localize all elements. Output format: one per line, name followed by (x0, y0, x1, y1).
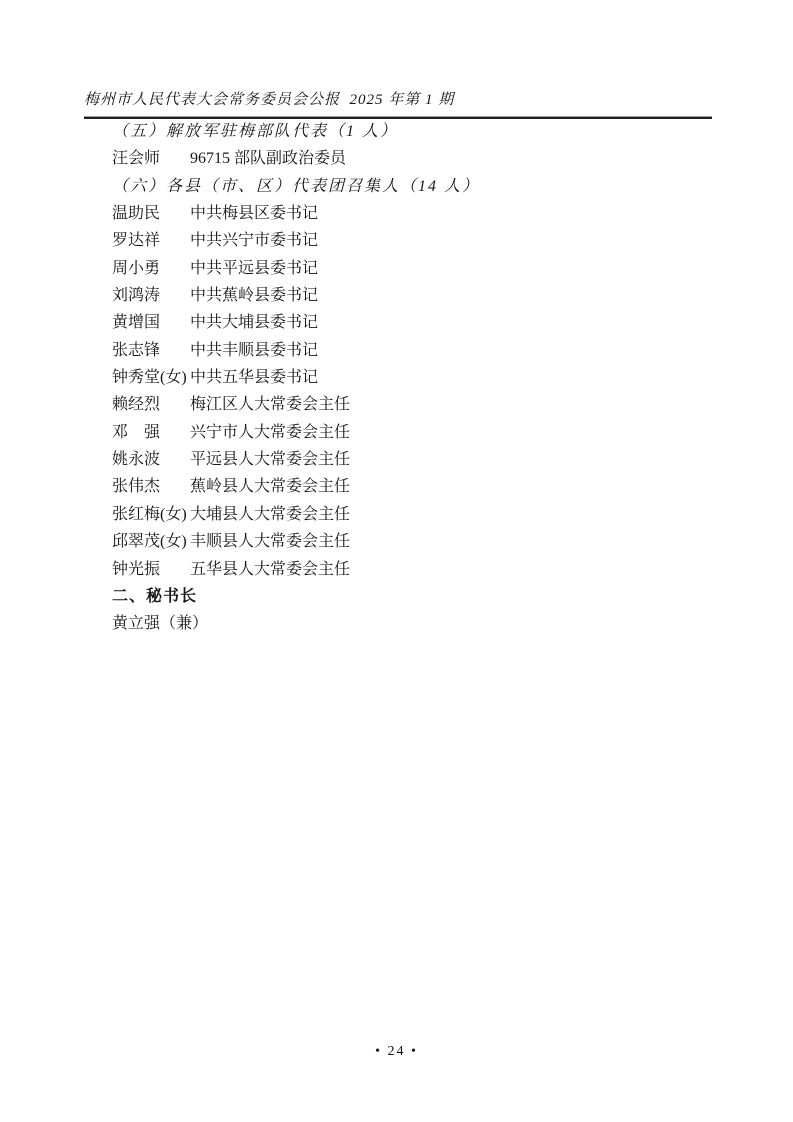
person-name: 周小勇 (112, 255, 190, 282)
page-number: • 24 • (0, 1044, 793, 1060)
person-name: 汪会师 (112, 145, 190, 172)
plain-row: 黄立强（兼） (112, 610, 722, 637)
delegate-row: 黄增国中共大埔县委书记 (112, 309, 722, 336)
person-name: 赖经烈 (112, 391, 190, 418)
delegate-row: 钟光振五华县人大常委会主任 (112, 556, 722, 583)
delegate-row: 张志锋中共丰顺县委书记 (112, 337, 722, 364)
person-title: 大埔县人大常委会主任 (190, 506, 350, 523)
person-title: 平远县人大常委会主任 (190, 451, 350, 468)
delegate-row: 罗达祥中共兴宁市委书记 (112, 227, 722, 254)
delegate-row: 张伟杰蕉岭县人大常委会主任 (112, 473, 722, 500)
page-header-title: 梅州市人民代表大会常务委员会公报 2025 年第 1 期 (84, 88, 712, 109)
person-name: 温助民 (112, 200, 190, 227)
delegate-row: 张红梅(女)大埔县人大常委会主任 (112, 501, 722, 528)
person-name: 钟秀堂(女) (112, 364, 190, 391)
document-body: （五）解放军驻梅部队代表（1 人）汪会师96715 部队副政治委员（六）各县（市… (112, 118, 722, 638)
person-title: 中共丰顺县委书记 (190, 342, 318, 359)
person-name: 姚永波 (112, 446, 190, 473)
part-heading: 二、秘书长 (112, 583, 722, 610)
person-title: 中共蕉岭县委书记 (190, 287, 318, 304)
delegate-row: 刘鸿涛中共蕉岭县委书记 (112, 282, 722, 309)
person-name: 张红梅(女) (112, 501, 190, 528)
person-title: 中共大埔县委书记 (190, 314, 318, 331)
person-title: 梅江区人大常委会主任 (190, 396, 350, 413)
person-title: 兴宁市人大常委会主任 (190, 424, 350, 441)
person-title: 五华县人大常委会主任 (190, 561, 350, 578)
person-name: 钟光振 (112, 556, 190, 583)
person-name: 邓 强 (112, 419, 190, 446)
bulletin-page: 梅州市人民代表大会常务委员会公报 2025 年第 1 期 （五）解放军驻梅部队代… (0, 0, 793, 1122)
person-title: 中共兴宁市委书记 (190, 232, 318, 249)
delegate-row: 邓 强兴宁市人大常委会主任 (112, 419, 722, 446)
person-title: 96715 部队副政治委员 (190, 150, 346, 167)
person-title: 丰顺县人大常委会主任 (190, 533, 350, 550)
delegate-row: 邱翠茂(女)丰顺县人大常委会主任 (112, 528, 722, 555)
person-name: 张伟杰 (112, 473, 190, 500)
delegate-row: 汪会师96715 部队副政治委员 (112, 145, 722, 172)
person-name: 张志锋 (112, 337, 190, 364)
person-title: 中共平远县委书记 (190, 260, 318, 277)
section-heading: （六）各县（市、区）代表团召集人（14 人） (112, 173, 722, 200)
delegate-row: 周小勇中共平远县委书记 (112, 255, 722, 282)
delegate-row: 钟秀堂(女)中共五华县委书记 (112, 364, 722, 391)
person-title: 中共五华县委书记 (190, 369, 318, 386)
delegate-row: 姚永波平远县人大常委会主任 (112, 446, 722, 473)
section-heading: （五）解放军驻梅部队代表（1 人） (112, 118, 722, 145)
person-title: 中共梅县区委书记 (190, 205, 318, 222)
delegate-row: 赖经烈梅江区人大常委会主任 (112, 391, 722, 418)
delegate-row: 温助民中共梅县区委书记 (112, 200, 722, 227)
person-title: 蕉岭县人大常委会主任 (190, 478, 350, 495)
person-name: 刘鸿涛 (112, 282, 190, 309)
person-name: 邱翠茂(女) (112, 528, 190, 555)
person-name: 罗达祥 (112, 227, 190, 254)
person-name: 黄增国 (112, 309, 190, 336)
